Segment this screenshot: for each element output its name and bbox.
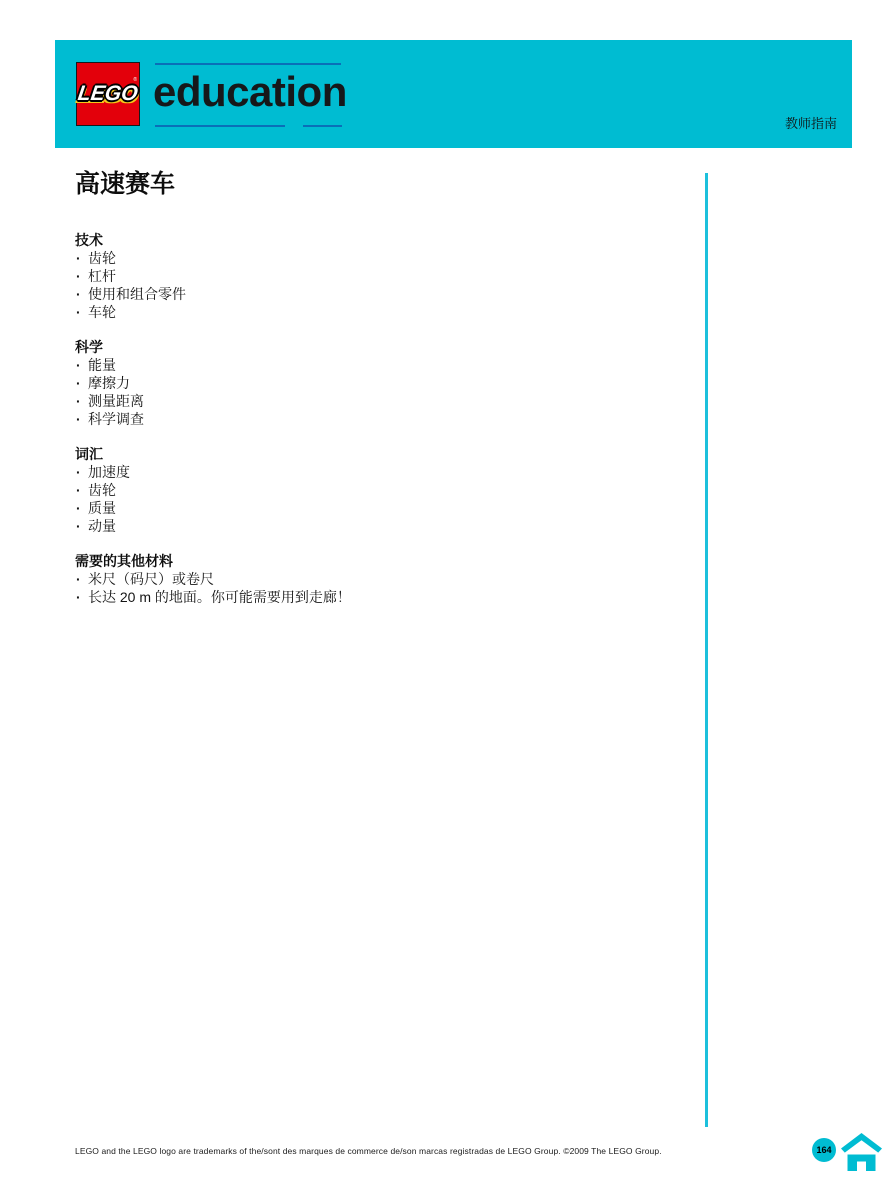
vertical-divider (705, 173, 708, 1127)
list-item: 能量 (75, 356, 635, 374)
section-heading: 需要的其他材料 (75, 552, 635, 570)
header-rule-bottom-right (303, 125, 342, 127)
section-heading: 技术 (75, 231, 635, 249)
list-item: 齿轮 (75, 249, 635, 267)
education-wordmark: education (153, 70, 347, 114)
section-heading: 科学 (75, 338, 635, 356)
list-item: 加速度 (75, 463, 635, 481)
lego-logo: LEGO ® (76, 62, 140, 126)
list-item: 使用和组合零件 (75, 285, 635, 303)
header-rule-bottom-left (155, 125, 285, 127)
list-item: 动量 (75, 517, 635, 535)
list-item: 科学调查 (75, 410, 635, 428)
section-science: 科学 能量 摩擦力 测量距离 科学调查 (75, 338, 635, 428)
list-item: 齿轮 (75, 481, 635, 499)
list-item: 杠杆 (75, 267, 635, 285)
section-technology: 技术 齿轮 杠杆 使用和组合零件 车轮 (75, 231, 635, 321)
section-other-materials: 需要的其他材料 米尺（码尺）或卷尺 长达 20 m 的地面。你可能需要用到走廊！ (75, 552, 635, 606)
bullet-list: 米尺（码尺）或卷尺 长达 20 m 的地面。你可能需要用到走廊！ (75, 570, 635, 606)
list-item: 摩擦力 (75, 374, 635, 392)
bullet-list: 能量 摩擦力 测量距离 科学调查 (75, 356, 635, 428)
teacher-guide-label: 教师指南 (785, 117, 837, 131)
section-vocabulary: 词汇 加速度 齿轮 质量 动量 (75, 445, 635, 535)
list-item: 质量 (75, 499, 635, 517)
list-item: 长达 20 m 的地面。你可能需要用到走廊！ (75, 588, 635, 606)
list-item: 测量距离 (75, 392, 635, 410)
lego-logo-text: LEGO (77, 82, 140, 106)
page-title: 高速赛车 (75, 170, 175, 198)
page-number-badge: 164 (812, 1138, 836, 1162)
bullet-list: 齿轮 杠杆 使用和组合零件 车轮 (75, 249, 635, 321)
home-icon[interactable] (841, 1133, 882, 1171)
section-heading: 词汇 (75, 445, 635, 463)
header-banner: LEGO ® education 教师指南 (55, 40, 852, 148)
header-rule-top (155, 63, 341, 65)
list-item: 米尺（码尺）或卷尺 (75, 570, 635, 588)
document-page: LEGO ® education 教师指南 高速赛车 技术 齿轮 杠杆 使用和组… (0, 0, 892, 1190)
trademark-notice: LEGO and the LEGO logo are trademarks of… (75, 1146, 662, 1156)
registered-trademark-icon: ® (133, 77, 137, 83)
list-item: 车轮 (75, 303, 635, 321)
bullet-list: 加速度 齿轮 质量 动量 (75, 463, 635, 535)
